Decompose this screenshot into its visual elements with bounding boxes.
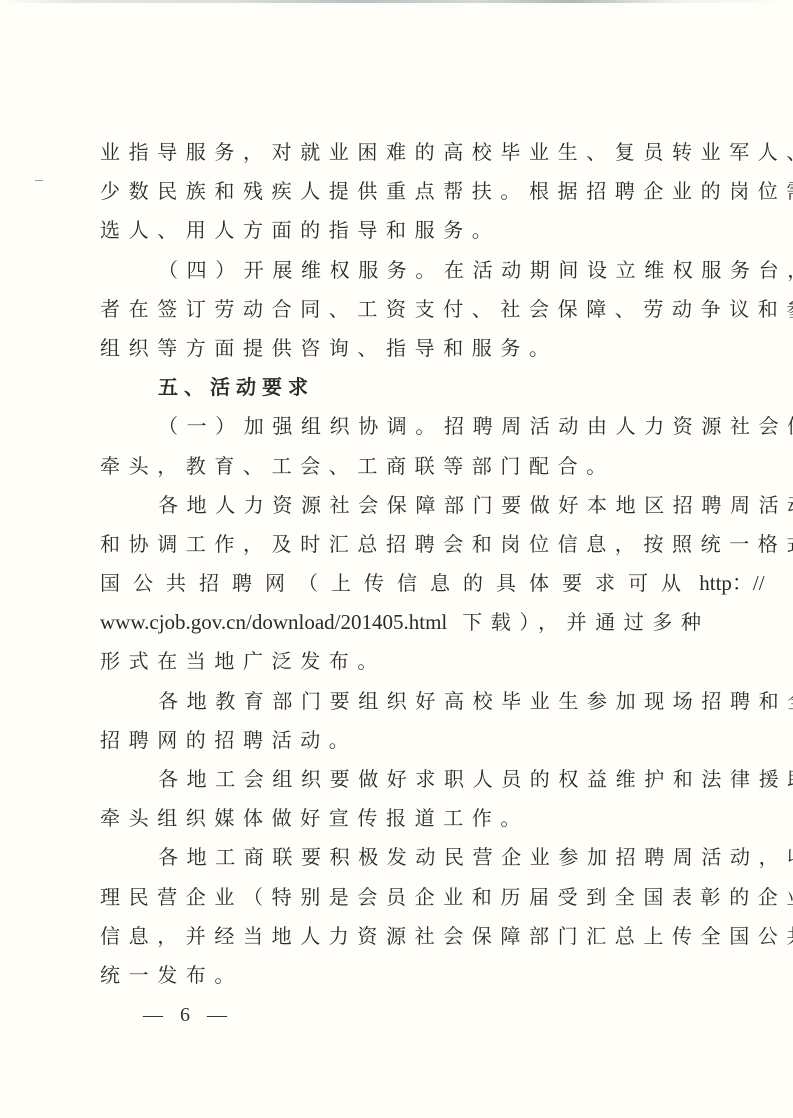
text-line: 信息，并经当地人力资源社会保障部门汇总上传全国公共招聘网 — [100, 917, 710, 956]
text-line: 业指导服务，对就业困难的高校毕业生、复员转业军人、妇女、 — [100, 133, 710, 172]
url-text: www.cjob.gov.cn/download/201405.html — [100, 610, 447, 634]
text-line: 形式在当地广泛发布。 — [100, 642, 710, 681]
paragraph-start-line: （四）开展维权服务。在活动期间设立维权服务台，对求职 — [100, 251, 710, 290]
text-line: 选人、用人方面的指导和服务。 — [100, 211, 710, 250]
text-line: 和协调工作，及时汇总招聘会和岗位信息，按照统一格式上传全 — [100, 525, 710, 564]
text-line: 组织等方面提供咨询、指导和服务。 — [100, 329, 710, 368]
text-line: 国公共招聘网（上传信息的具体要求可从 http：// — [100, 564, 710, 603]
text-line: 统一发布。 — [100, 956, 710, 995]
paragraph-start-line: 各地人力资源社会保障部门要做好本地区招聘周活动的组织 — [100, 486, 710, 525]
url-fragment: http：// — [694, 571, 765, 595]
text-line: 招聘网的招聘活动。 — [100, 721, 710, 760]
paragraph-start-line: 各地工会组织要做好求职人员的权益维护和法律援助工作， — [100, 760, 710, 799]
section-heading: 五、活动要求 — [100, 368, 710, 407]
text-segment: 国公共招聘网（上传信息的具体要求可从 — [100, 571, 694, 595]
text-line: 少数民族和残疾人提供重点帮扶。根据招聘企业的岗位需求提供 — [100, 172, 710, 211]
text-line: 者在签订劳动合同、工资支付、社会保障、劳动争议和参加工会 — [100, 290, 710, 329]
text-line: 牵头，教育、工会、工商联等部门配合。 — [100, 447, 710, 486]
text-line: www.cjob.gov.cn/download/201405.html 下载）… — [100, 603, 710, 642]
paragraph-start-line: 各地工商联要积极发动民营企业参加招聘周活动，收集和整 — [100, 838, 710, 877]
text-segment: 下载），并通过多种 — [447, 610, 709, 634]
text-line: 牵头组织媒体做好宣传报道工作。 — [100, 799, 710, 838]
margin-mark — [35, 180, 43, 181]
paragraph-start-line: 各地教育部门要组织好高校毕业生参加现场招聘和全国公共 — [100, 682, 710, 721]
paragraph-start-line: （一）加强组织协调。招聘周活动由人力资源社会保障部门 — [100, 407, 710, 446]
document-body: 业指导服务，对就业困难的高校毕业生、复员转业军人、妇女、 少数民族和残疾人提供重… — [100, 133, 710, 995]
page-number: — 6 — — [143, 1004, 233, 1027]
scan-edge-artifact — [0, 0, 793, 3]
text-line: 理民营企业（特别是会员企业和历届受到全国表彰的企业）岗位 — [100, 878, 710, 917]
